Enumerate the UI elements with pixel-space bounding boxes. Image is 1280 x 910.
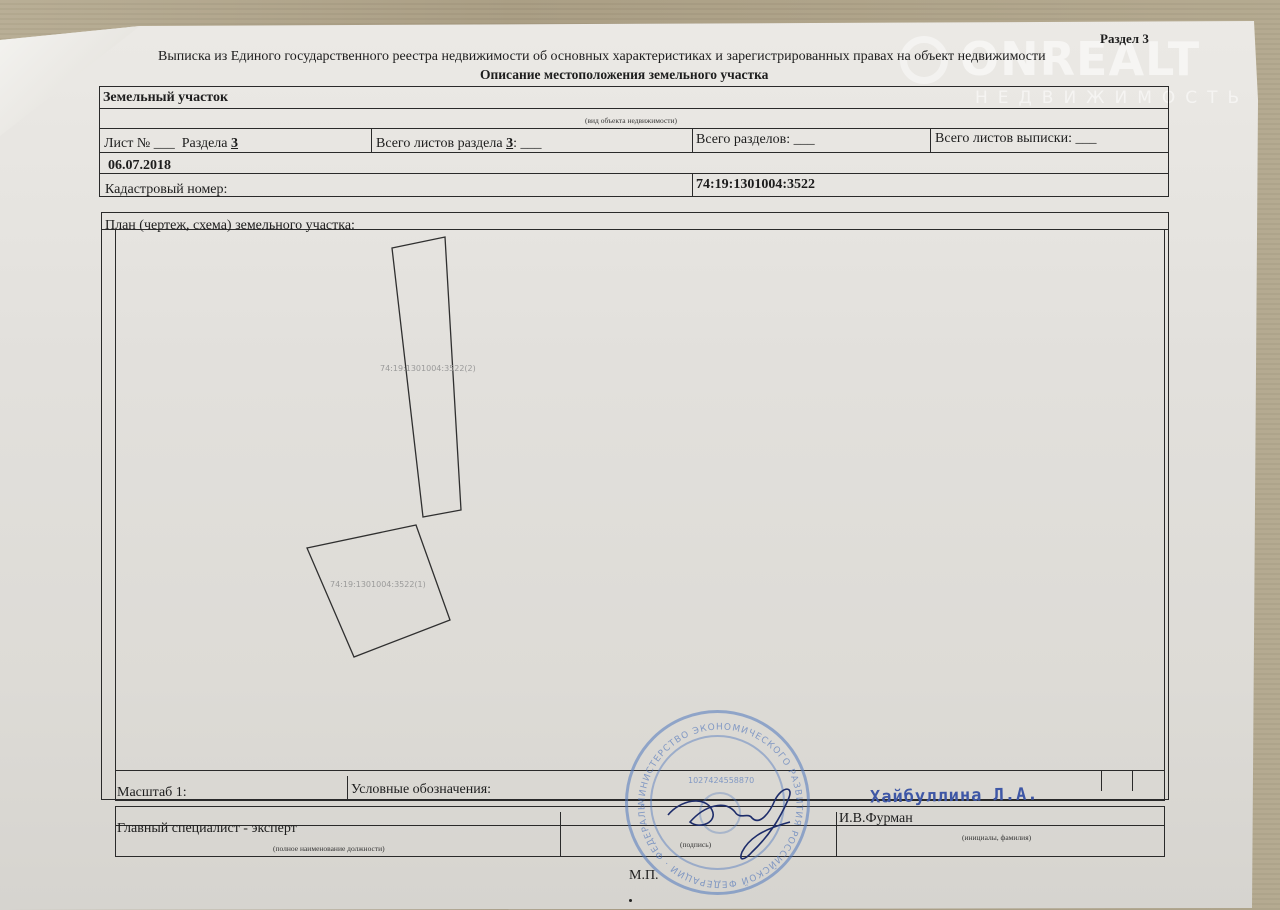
dot-mark [629, 899, 632, 902]
handwritten-name: Хайбуллина Л.А. [870, 785, 1039, 808]
handwritten-signature [0, 0, 1280, 910]
